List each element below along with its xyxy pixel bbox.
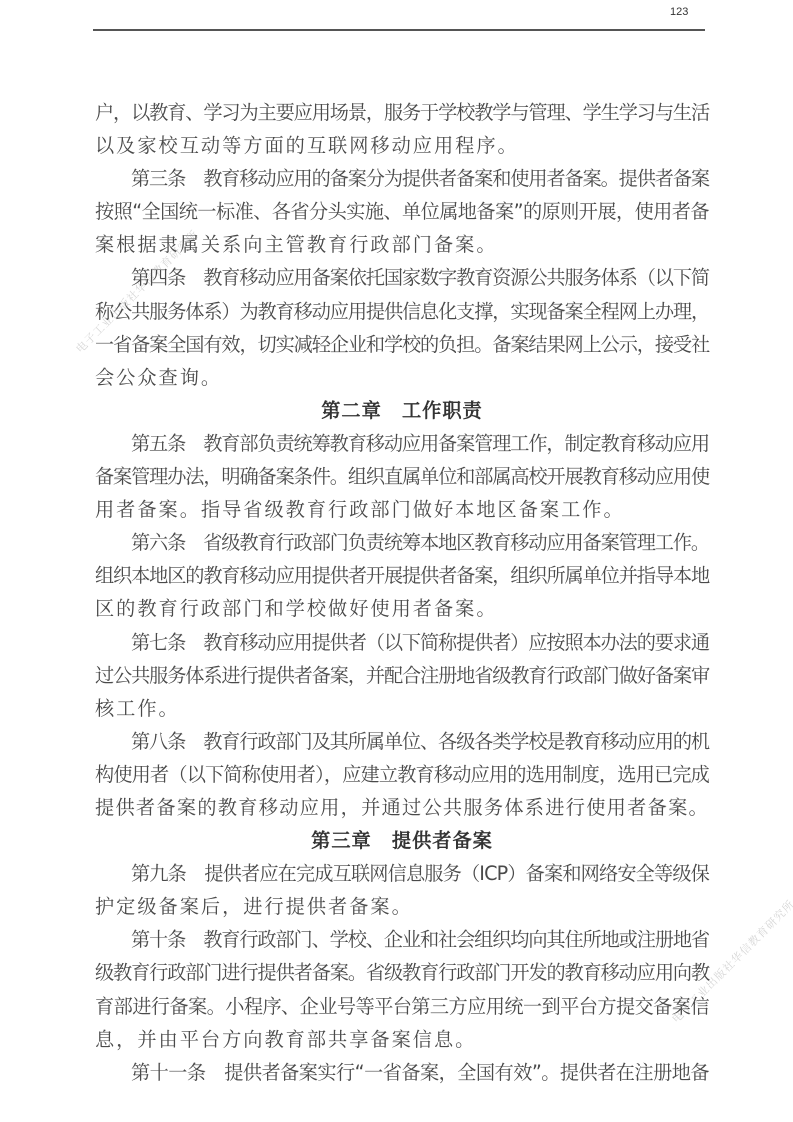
text-line: 提供者备案的教育移动应用，并通过公共服务体系进行使用者备案。 (95, 791, 709, 824)
text-line: 以及家校互动等方面的互联网移动应用程序。 (95, 129, 709, 162)
body-text: 户，以教育、学习为主要应用场景，服务于学校教学与管理、学生学习与生活以及家校互动… (95, 96, 709, 1089)
text-line: 第六条 省级教育行政部门负责统筹本地区教育移动应用备案管理工作。 (95, 526, 709, 559)
text-line: 第四条 教育移动应用备案依托国家数字教育资源公共服务体系（以下简 (95, 261, 709, 294)
text-line: 按照“全国统一标准、各省分头实施、单位属地备案”的原则开展，使用者备 (95, 195, 709, 228)
text-line: 一省备案全国有效，切实减轻企业和学校的负担。备案结果网上公示，接受社 (95, 328, 709, 361)
text-line: 第九条 提供者应在完成互联网信息服务（ICP）备案和网络安全等级保 (95, 857, 709, 890)
text-line: 第十条 教育行政部门、学校、企业和社会组织均向其住所地或注册地省 (95, 923, 709, 956)
text-line: 息，并由平台方向教育部共享备案信息。 (95, 1023, 709, 1056)
text-line: 备案管理办法，明确备案条件。组织直属单位和部属高校开展教育移动应用使 (95, 460, 709, 493)
text-line: 育部进行备案。小程序、企业号等平台第三方应用统一到平台方提交备案信 (95, 990, 709, 1023)
text-line: 第八条 教育行政部门及其所属单位、各级各类学校是教育移动应用的机 (95, 725, 709, 758)
text-line: 级教育行政部门进行提供者备案。省级教育行政部门开发的教育移动应用向教 (95, 956, 709, 989)
page-number: 123 (670, 6, 688, 18)
text-line: 案根据隶属关系向主管教育行政部门备案。 (95, 228, 709, 261)
text-line: 构使用者（以下简称使用者），应建立教育移动应用的选用制度，选用已完成 (95, 758, 709, 791)
text-line: 户，以教育、学习为主要应用场景，服务于学校教学与管理、学生学习与生活 (95, 96, 709, 129)
text-line: 第十一条 提供者备案实行“一省备案，全国有效”。提供者在注册地备 (95, 1056, 709, 1089)
text-line: 核工作。 (95, 692, 709, 725)
text-line: 称公共服务体系）为教育移动应用提供信息化支撑，实现备案全程网上办理， (95, 295, 709, 328)
text-line: 第七条 教育移动应用提供者（以下简称提供者）应按照本办法的要求通 (95, 626, 709, 659)
text-line: 区的教育行政部门和学校做好使用者备案。 (95, 592, 709, 625)
text-line: 第三条 教育移动应用的备案分为提供者备案和使用者备案。提供者备案 (95, 162, 709, 195)
text-line: 组织本地区的教育移动应用提供者开展提供者备案，组织所属单位并指导本地 (95, 559, 709, 592)
header-rule (93, 29, 705, 31)
text-line: 护定级备案后，进行提供者备案。 (95, 890, 709, 923)
text-line: 第五条 教育部负责统筹教育移动应用备案管理工作，制定教育移动应用 (95, 427, 709, 460)
text-line: 过公共服务体系进行提供者备案，并配合注册地省级教育行政部门做好备案审 (95, 659, 709, 692)
chapter-heading: 第二章 工作职责 (95, 394, 709, 427)
text-line: 用者备案。指导省级教育行政部门做好本地区备案工作。 (95, 493, 709, 526)
text-line: 会公众查询。 (95, 361, 709, 394)
chapter-heading: 第三章 提供者备案 (95, 824, 709, 857)
